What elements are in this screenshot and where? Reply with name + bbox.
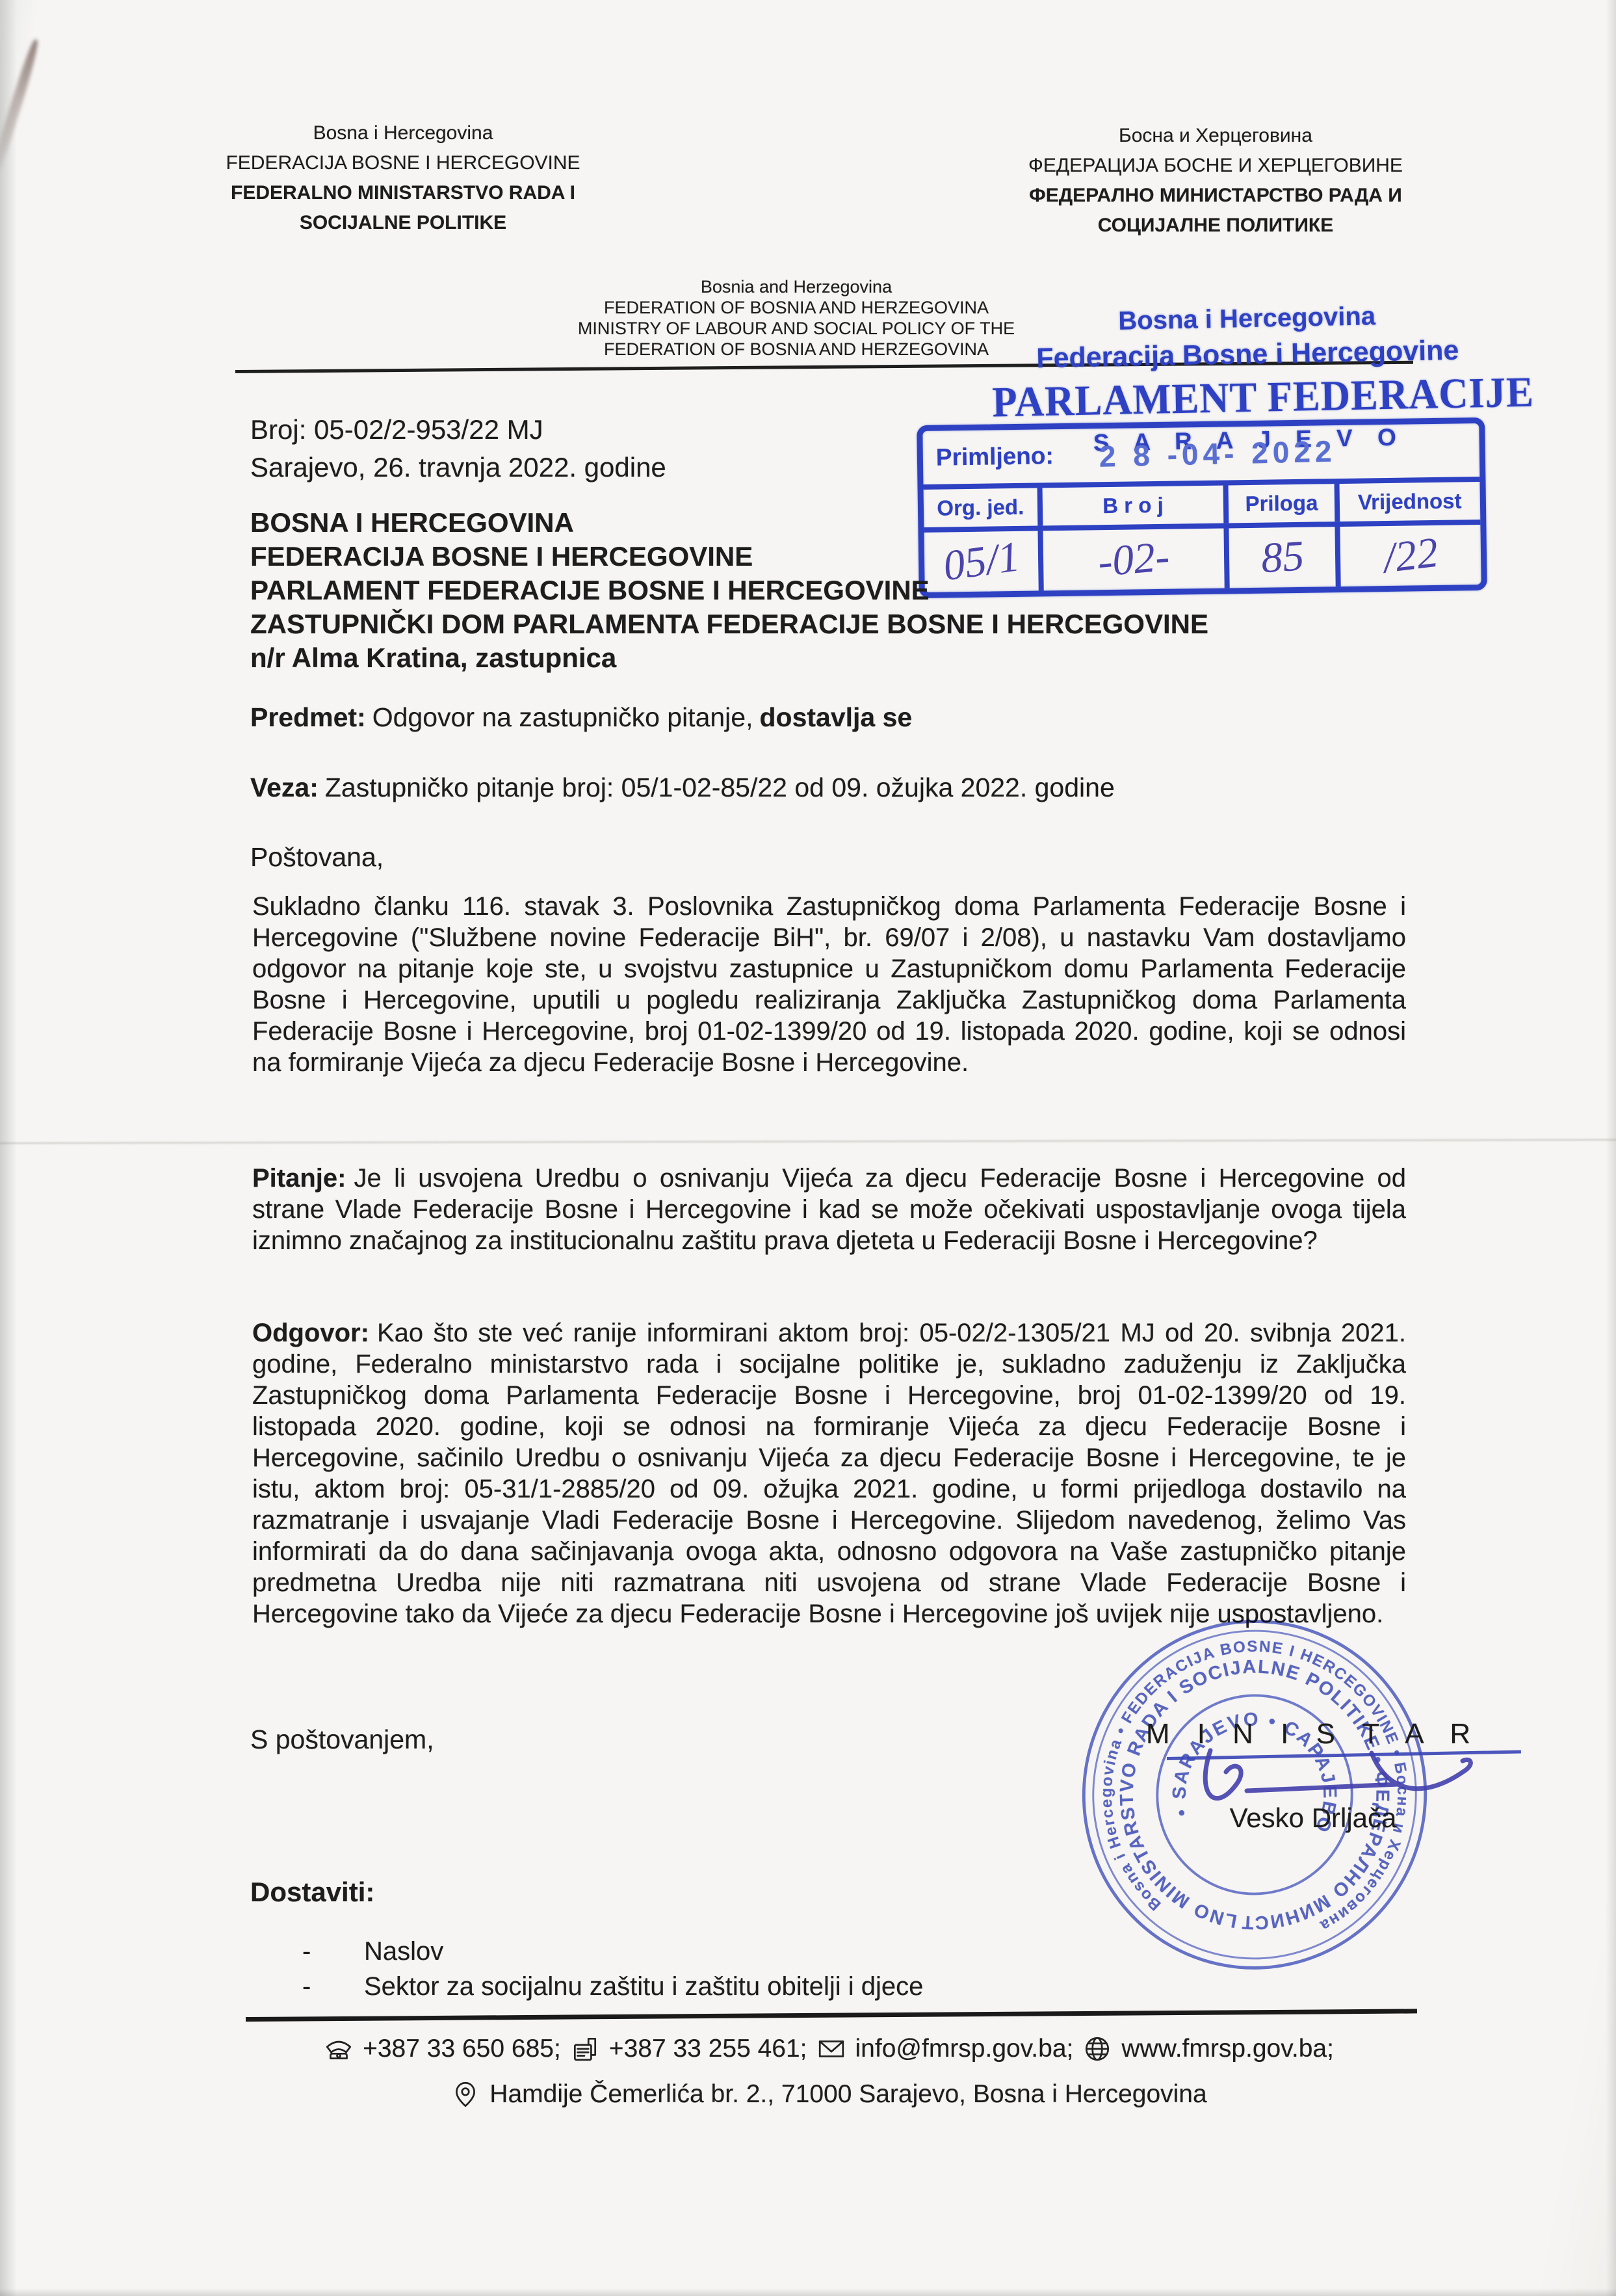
recipient-line: FEDERACIJA BOSNE I HERCEGOVINE — [250, 540, 1208, 574]
footer-divider — [246, 2009, 1417, 2022]
letterhead-line: СОЦИЈАЛНЕ ПОЛИТИКЕ — [1001, 211, 1430, 241]
list-item-text: Sektor za socijalnu zaštitu i zaštitu ob… — [364, 1969, 923, 2004]
scan-edge-right — [1606, 0, 1616, 2296]
minister-name: Vesko Drljača — [1125, 1802, 1502, 1834]
list-item-text: Naslov — [364, 1934, 443, 1969]
letterhead-line: FEDERALNO MINISTARSTVO RADA I — [195, 178, 611, 208]
col-vrijednost: Vrijednost — [1339, 482, 1480, 521]
letterhead-line: FEDERATION OF BOSNIA AND HERZEGOVINA — [543, 297, 1050, 318]
reference-block: Broj: 05-02/2-953/22 MJ Sarajevo, 26. tr… — [250, 411, 666, 486]
subject-emphasis: dostavlja se — [759, 702, 912, 732]
letterhead-line: Босна и Херцеговина — [1001, 121, 1430, 151]
letterhead-line: FEDERACIJA BOSNE I HERCEGOVINE — [195, 148, 611, 178]
question-label: Pitanje: — [252, 1164, 346, 1193]
subject-label: Predmet: — [250, 702, 366, 732]
distribution-label: Dostaviti: — [250, 1877, 374, 1908]
letterhead-english: Bosnia and Herzegovina FEDERATION OF BOS… — [543, 276, 1050, 360]
paragraph-question: Pitanje:Je li usvojena Uredbu o osnivanj… — [252, 1163, 1406, 1256]
scan-edge-bottom — [0, 2288, 1616, 2296]
footer-address: Hamdije Čemerlića br. 2., 71000 Sarajevo… — [489, 2080, 1206, 2109]
answer-label: Odgovor: — [252, 1319, 369, 1347]
received-date: 2 8 -04- 2022 — [1099, 434, 1336, 474]
letterhead-line: ФЕДЕРАЛНО МИНИСТАРСТВО РАДА И — [1001, 181, 1430, 211]
subject-text: Odgovor na zastupničko pitanje, — [372, 702, 753, 732]
email-icon — [816, 2034, 846, 2064]
letterhead-line: ФЕДЕРАЦИЈА БОСНЕ И ХЕРЦЕГОВИНЕ — [1001, 151, 1430, 181]
letterhead-line: SOCIJALNE POLITIKE — [195, 208, 611, 238]
subject-line: Predmet:Odgovor na zastupničko pitanje,d… — [250, 702, 912, 733]
value-vrijednost: /22 — [1381, 528, 1441, 583]
recipient-line: BOSNA I HERCEGOVINA — [250, 506, 1208, 540]
received-label: Primljeno: — [936, 442, 1054, 471]
recipient-block: BOSNA I HERCEGOVINA FEDERACIJA BOSNE I H… — [250, 506, 1208, 675]
col-priloga: Priloga — [1229, 484, 1340, 523]
veza-line: Veza:Zastupničko pitanje broj: 05/1-02-8… — [250, 772, 1115, 803]
scan-edge-left — [0, 0, 17, 2296]
fax-icon — [570, 2034, 600, 2064]
letterhead-bosnian: Bosna i Hercegovina FEDERACIJA BOSNE I H… — [195, 118, 611, 238]
scanned-letter-page: Bosna i Hercegovina FEDERACIJA BOSNE I H… — [0, 0, 1616, 2296]
received-row: Primljeno: 2 8 -04- 2022 — [922, 423, 1479, 490]
salutation: Poštovana, — [250, 842, 384, 873]
value-priloga: 85 — [1259, 531, 1305, 583]
closing: S poštovanjem, — [250, 1724, 434, 1755]
answer-text: Kao što ste već ranije informirani aktom… — [252, 1319, 1406, 1628]
letterhead-line: Bosnia and Herzegovina — [543, 276, 1050, 297]
place-date: Sarajevo, 26. travnja 2022. godine — [250, 449, 666, 486]
list-item: - Sektor za socijalnu zaštitu i zaštitu … — [302, 1969, 923, 2004]
list-dash: - — [302, 1934, 364, 1969]
list-item: - Naslov — [302, 1934, 923, 1969]
scan-fold-line — [0, 1139, 1616, 1144]
stamp-country: Bosna i Hercegovina — [977, 299, 1517, 339]
footer-contact-line: +387 33 650 685; +387 33 255 461; info@f… — [221, 2034, 1437, 2064]
letterhead-cyrillic: Босна и Херцеговина ФЕДЕРАЦИЈА БОСНЕ И Х… — [1001, 121, 1430, 241]
list-dash: - — [302, 1969, 364, 2004]
distribution-list: - Naslov - Sektor za socijalnu zaštitu i… — [302, 1934, 923, 2004]
paragraph-answer: Odgovor:Kao što ste već ranije informira… — [252, 1317, 1406, 1630]
footer-web: www.fmrsp.gov.ba; — [1121, 2035, 1334, 2063]
recipient-attn: n/r Alma Kratina, zastupnica — [250, 641, 1208, 675]
letterhead-line: MINISTRY OF LABOUR AND SOCIAL POLICY OF … — [543, 318, 1050, 339]
phone-icon — [324, 2034, 354, 2064]
footer-address-line: Hamdije Čemerlića br. 2., 71000 Sarajevo… — [221, 2079, 1437, 2109]
globe-icon — [1082, 2034, 1112, 2064]
footer-phone: +387 33 650 685; — [363, 2035, 561, 2063]
document-number: Broj: 05-02/2-953/22 MJ — [250, 411, 666, 449]
paragraph-intro: Sukladno članku 116. stavak 3. Poslovnik… — [252, 891, 1406, 1078]
footer-fax: +387 33 255 461; — [609, 2035, 807, 2063]
veza-label: Veza: — [250, 772, 319, 802]
location-pin-icon — [450, 2079, 480, 2109]
question-text: Je li usvojena Uredbu o osnivanju Vijeća… — [252, 1164, 1406, 1255]
letterhead-line: FEDERATION OF BOSNIA AND HERZEGOVINA — [543, 339, 1050, 360]
recipient-line: PARLAMENT FEDERACIJE BOSNE I HERCEGOVINE — [250, 574, 1208, 607]
veza-text: Zastupničko pitanje broj: 05/1-02-85/22 … — [325, 772, 1115, 802]
footer-email: info@fmrsp.gov.ba; — [855, 2035, 1074, 2063]
footer-contact: +387 33 650 685; +387 33 255 461; info@f… — [221, 2034, 1437, 2109]
letterhead-line: Bosna i Hercegovina — [195, 118, 611, 148]
recipient-line: ZASTUPNIČKI DOM PARLAMENTA FEDERACIJE BO… — [250, 607, 1208, 641]
